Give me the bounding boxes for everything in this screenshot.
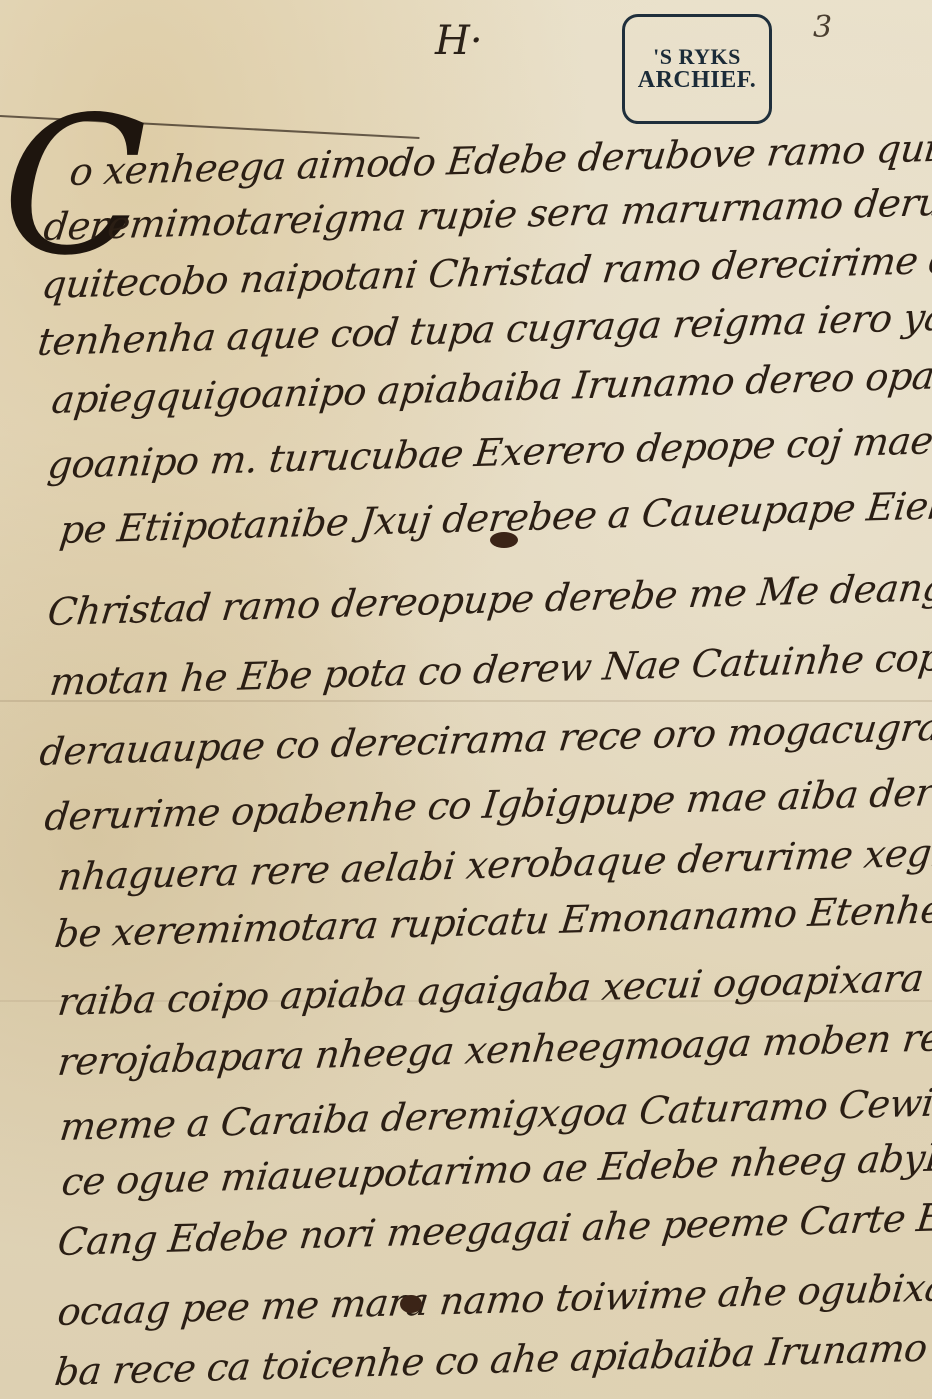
text-line: goanipo m. turucubae Exerero depope coj …: [46, 416, 932, 487]
top-mark: H·: [435, 18, 483, 64]
ink-blot: [490, 532, 518, 548]
folio-number: 3: [813, 10, 832, 45]
text-line: derurime opabenhe co Igbigpupe mae aiba …: [43, 767, 932, 839]
manuscript-page: H· 'S RYKS ARCHIEF. 3 C o xenheega aimod…: [0, 0, 932, 1399]
archive-stamp: 'S RYKS ARCHIEF.: [622, 14, 772, 124]
ink-blot: [400, 1295, 422, 1313]
text-line: Cang Edebe nori meegagai ahe peeme Carte…: [56, 1190, 932, 1264]
text-line: derauaupae co derecirama rece oro mogacu…: [38, 700, 932, 774]
text-line: raiba coipo apiaba agaigaba xecui ogoapi…: [56, 951, 932, 1024]
text-line: apiegquigoanipo apiabaiba Irunamo dereo …: [50, 352, 932, 422]
stamp-line-1: 'S RYKS: [653, 45, 741, 68]
text-line: rerojabapara nheega xenheegmoaga moben r…: [56, 1011, 932, 1084]
text-line: Christad ramo dereopupe derebe me Me dea…: [46, 564, 932, 634]
text-line: meme a Caraiba deremigxgoa Caturamo Cewi…: [58, 1076, 932, 1149]
text-line: ba rece ca toicenhe co ahe apiabaiba Iru…: [53, 1323, 932, 1394]
stamp-line-2: ARCHIEF.: [638, 68, 756, 93]
text-line: nhaguera rere aelabi xerobaque derurime …: [56, 824, 932, 899]
text-line: ocaag pee me mara namo toiwime ahe ogubi…: [56, 1265, 932, 1334]
text-line: motan he Ebe pota co derew Nae Catuinhe …: [48, 633, 932, 704]
